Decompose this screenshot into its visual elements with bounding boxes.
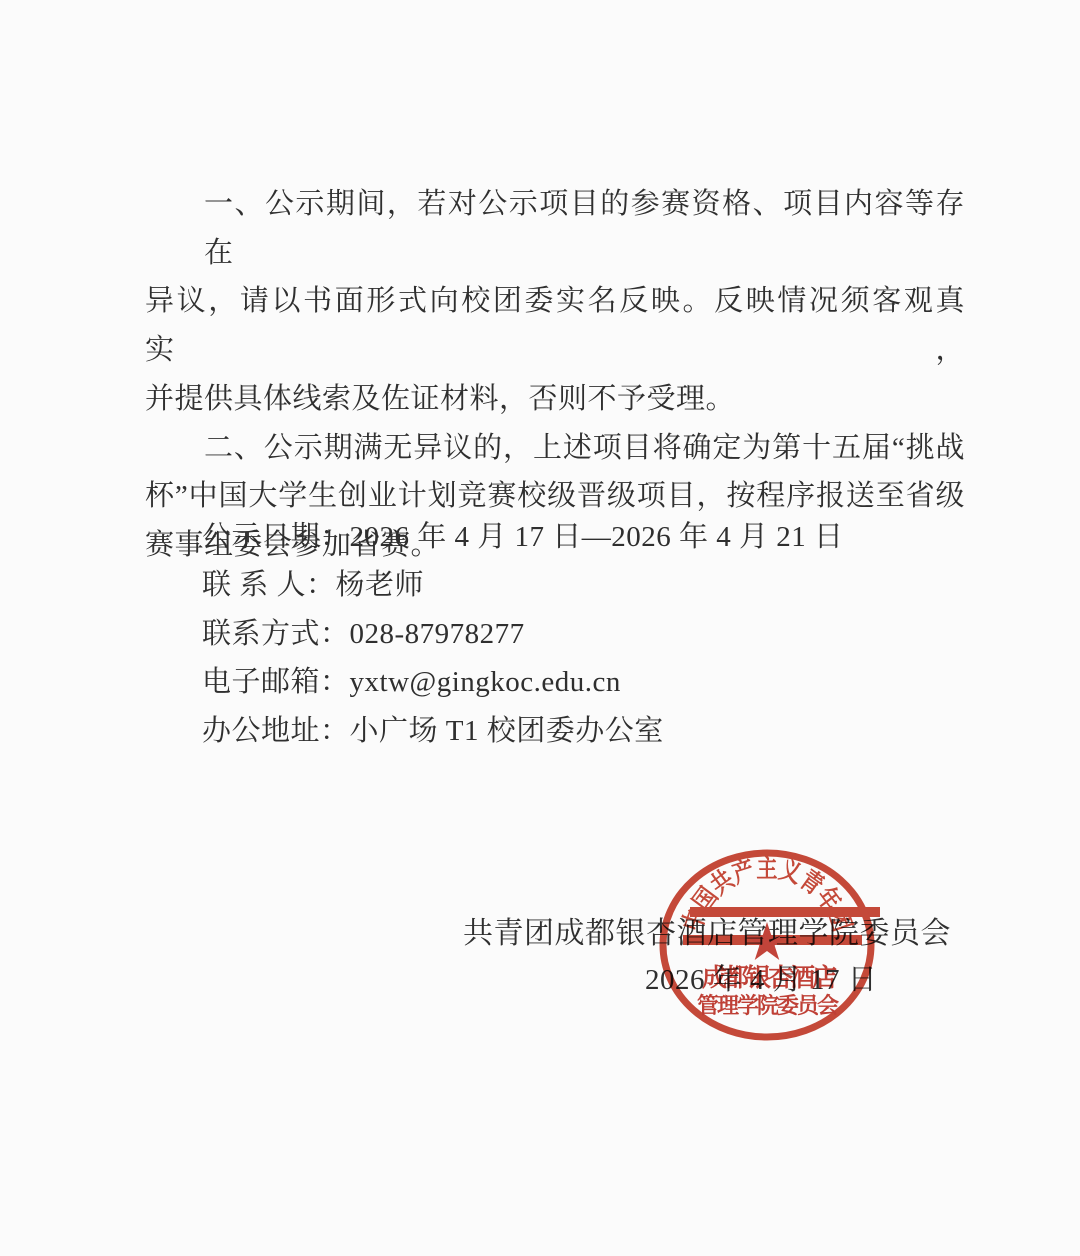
seal-org-line2: 管理学院委员会: [697, 993, 839, 1018]
office-address-label: 办公地址：: [202, 715, 350, 747]
contact-person-label: 联 系 人：: [202, 569, 336, 601]
official-seal: 中国共产主义青年团 成都银杏酒店 管理学院委员会: [640, 818, 890, 1068]
notice-body: 一、公示期间，若对公示项目的参赛资格、项目内容等存在 异议，请以书面形式向校团委…: [145, 180, 965, 570]
contact-info-block: 公示日期：2026 年 4 月 17 日—2026 年 4 月 21 日 联 系…: [202, 513, 844, 755]
paragraph2-line1: 二、公示期满无异议的，上述项目将确定为第十五届“挑战: [145, 424, 965, 473]
seal-org-line1: 成都银杏酒店: [702, 963, 837, 992]
publicity-date-value: 2026 年 4 月 17 日—2026 年 4 月 21 日: [350, 521, 844, 553]
notice-document-page: 一、公示期间，若对公示项目的参赛资格、项目内容等存在 异议，请以书面形式向校团委…: [0, 0, 1080, 1256]
office-address-value: 小广场 T1 校团委办公室: [350, 715, 664, 747]
contact-email-label: 电子邮箱：: [202, 666, 350, 698]
contact-phone-value: 028-87978277: [350, 618, 525, 650]
contact-phone-row: 联系方式：028-87978277: [202, 610, 844, 658]
paragraph1-line3: 并提供具体线索及佐证材料，否则不予受理。: [145, 375, 965, 424]
paragraph1-line2: 异议，请以书面形式向校团委实名反映。反映情况须客观真实，: [145, 277, 965, 374]
contact-email-row: 电子邮箱：yxtw@gingkoc.edu.cn: [202, 658, 844, 706]
contact-email-value: yxtw@gingkoc.edu.cn: [350, 666, 621, 698]
contact-person-value: 杨老师: [336, 569, 425, 601]
contact-phone-label: 联系方式：: [202, 618, 350, 650]
publicity-date-row: 公示日期：2026 年 4 月 17 日—2026 年 4 月 21 日: [202, 513, 844, 561]
office-address-row: 办公地址：小广场 T1 校团委办公室: [202, 707, 844, 755]
paragraph1-line1: 一、公示期间，若对公示项目的参赛资格、项目内容等存在: [145, 180, 965, 277]
contact-person-row: 联 系 人：杨老师: [202, 561, 844, 609]
publicity-date-label: 公示日期：: [202, 521, 350, 553]
